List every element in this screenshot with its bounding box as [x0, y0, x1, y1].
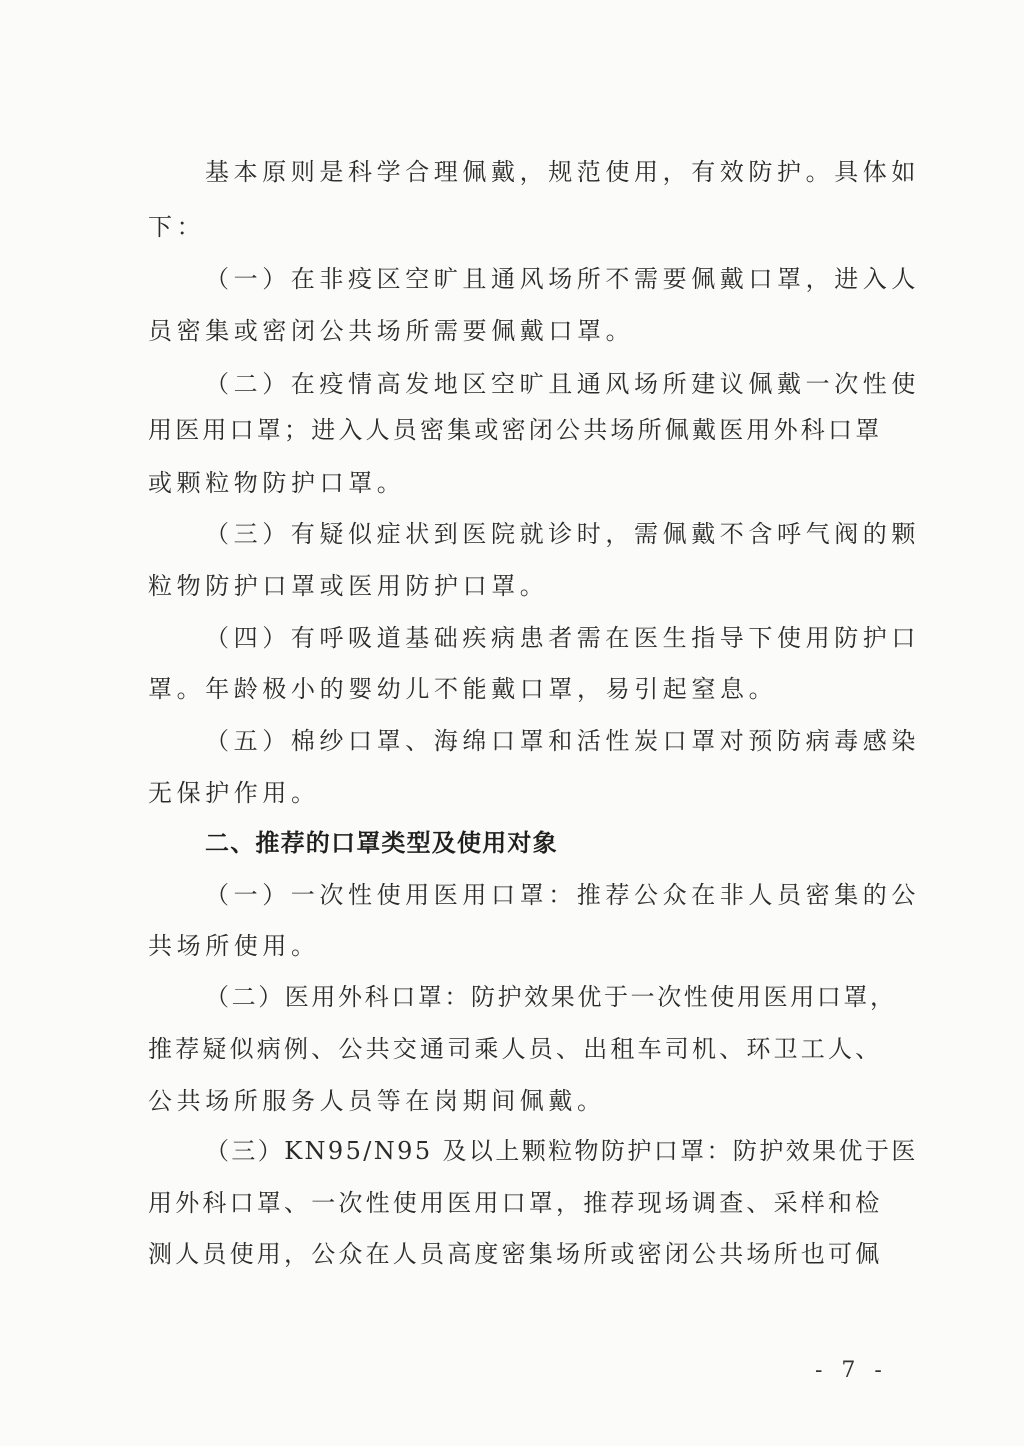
paragraph-line: 基本原则是科学合理佩戴，规范使用，有效防护。具体如	[205, 154, 872, 190]
paragraph-line: （四）有呼吸道基础疾病患者需在医生指导下使用防护口	[205, 620, 872, 656]
paragraph-line: 推荐疑似病例、公共交通司乘人员、出租车司机、环卫工人、	[148, 1031, 872, 1067]
page-number: - 7 -	[815, 1358, 888, 1383]
paragraph-line: 测人员使用，公众在人员高度密集场所或密闭公共场所也可佩	[148, 1236, 872, 1272]
paragraph-line: （五）棉纱口罩、海绵口罩和活性炭口罩对预防病毒感染	[205, 723, 872, 759]
paragraph-line: 公共场所服务人员等在岗期间佩戴。	[148, 1083, 872, 1119]
paragraph-line: 下：	[148, 209, 872, 245]
paragraph-line: （三）有疑似症状到医院就诊时，需佩戴不含呼气阀的颗	[205, 516, 872, 552]
paragraph-line: （二）在疫情高发地区空旷且通风场所建议佩戴一次性使	[205, 366, 872, 402]
paragraph-line: （二）医用外科口罩：防护效果优于一次性使用医用口罩，	[205, 979, 872, 1015]
paragraph-line: （三）KN95/N95 及以上颗粒物防护口罩：防护效果优于医	[205, 1133, 872, 1169]
paragraph-line: 员密集或密闭公共场所需要佩戴口罩。	[148, 313, 872, 349]
paragraph-line: 用外科口罩、一次性使用医用口罩，推荐现场调查、采样和检	[148, 1185, 872, 1221]
paragraph-line: （一）一次性使用医用口罩：推荐公众在非人员密集的公	[205, 877, 872, 913]
paragraph-line: 无保护作用。	[148, 775, 872, 811]
section-heading: 二、推荐的口罩类型及使用对象	[205, 825, 872, 861]
paragraph-line: 共场所使用。	[148, 928, 872, 964]
paragraph-line: （一）在非疫区空旷且通风场所不需要佩戴口罩，进入人	[205, 261, 872, 297]
paragraph-line: 罩。年龄极小的婴幼儿不能戴口罩，易引起窒息。	[148, 671, 872, 707]
paragraph-line: 用医用口罩；进入人员密集或密闭公共场所佩戴医用外科口罩	[148, 412, 872, 448]
paragraph-line: 或颗粒物防护口罩。	[148, 465, 872, 501]
paragraph-line: 粒物防护口罩或医用防护口罩。	[148, 568, 872, 604]
